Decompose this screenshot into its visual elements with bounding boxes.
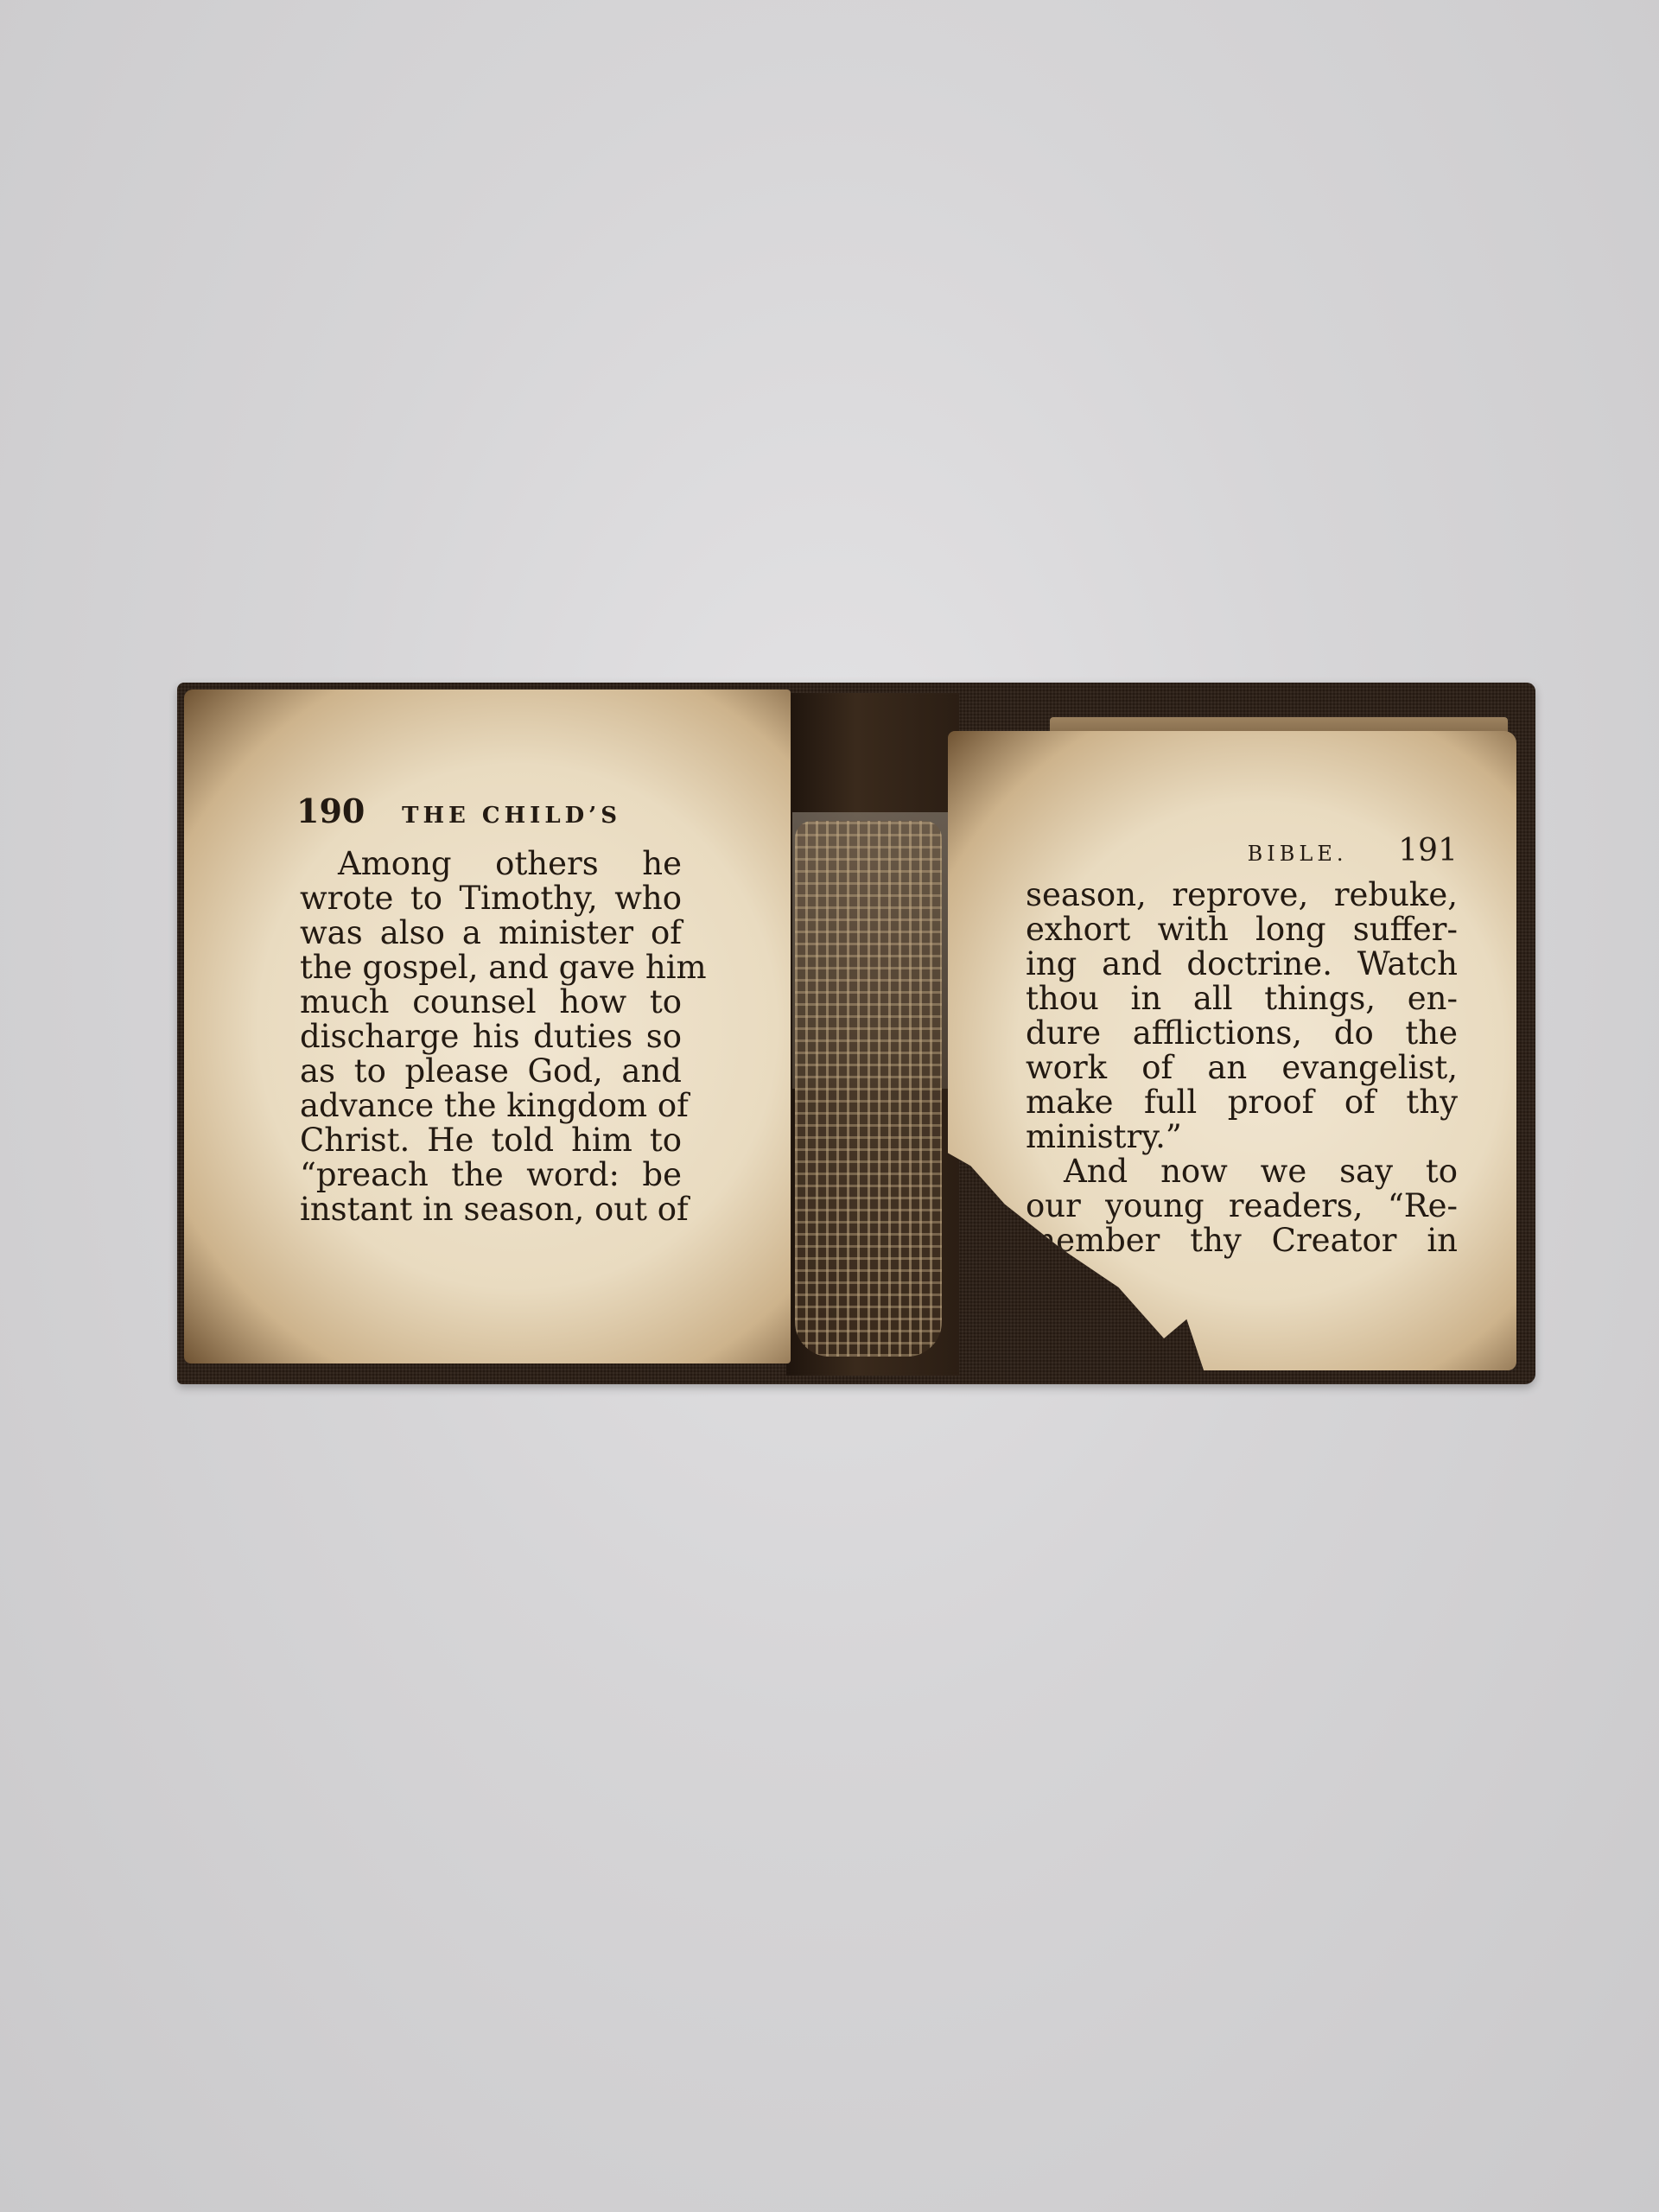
text-line: thou in all things, en- [1026,982,1458,1016]
left-page: 190 THE CHILD’S Among others he wrote to… [184,690,791,1363]
spine-mull-fabric [795,821,942,1357]
text-line: advance the kingdom of [300,1089,682,1123]
text-line: discharge his duties so [300,1020,682,1054]
text-line: Among others he [300,847,682,881]
text-line: was also a minister of [300,916,682,950]
running-head-title-right: BIBLE. [1248,842,1348,866]
text-line: Christ. He told him to [300,1123,682,1158]
right-page-body: season, reprove, rebuke, exhort with lon… [1026,878,1458,1258]
text-line: ing and doctrine. Watch [1026,947,1458,982]
left-page-body: Among others he wrote to Timothy, who wa… [300,847,682,1227]
running-head-title-left: THE CHILD’S [402,803,621,829]
page-number-left: 190 [296,791,365,830]
text-line: instant in season, out of [300,1192,682,1227]
text-line: exhort with long suffer- [1026,912,1458,947]
page-number-right: 191 [1398,833,1458,868]
text-line: much counsel how to [300,985,682,1020]
text-line: ministry.” [1026,1120,1458,1154]
text-line: season, reprove, rebuke, [1026,878,1458,912]
text-line: dure afflictions, do the [1026,1016,1458,1051]
text-line: wrote to Timothy, who [300,881,682,916]
right-running-head: BIBLE. 191 [948,833,1458,868]
text-line: the gospel, and gave him [300,950,682,985]
text-line: as to please God, and [300,1054,682,1089]
photo-scene: 190 THE CHILD’S Among others he wrote to… [0,0,1659,2212]
text-line: make full proof of thy [1026,1085,1458,1120]
open-book: 190 THE CHILD’S Among others he wrote to… [177,683,1535,1384]
left-running-head: 190 THE CHILD’S [296,791,621,830]
text-line: our young readers, “Re- [1026,1189,1458,1224]
text-line: And now we say to [1026,1154,1458,1189]
text-line: work of an evangelist, [1026,1051,1458,1085]
text-line: member thy Creator in [1026,1224,1458,1258]
text-line: “preach the word: be [300,1158,682,1192]
